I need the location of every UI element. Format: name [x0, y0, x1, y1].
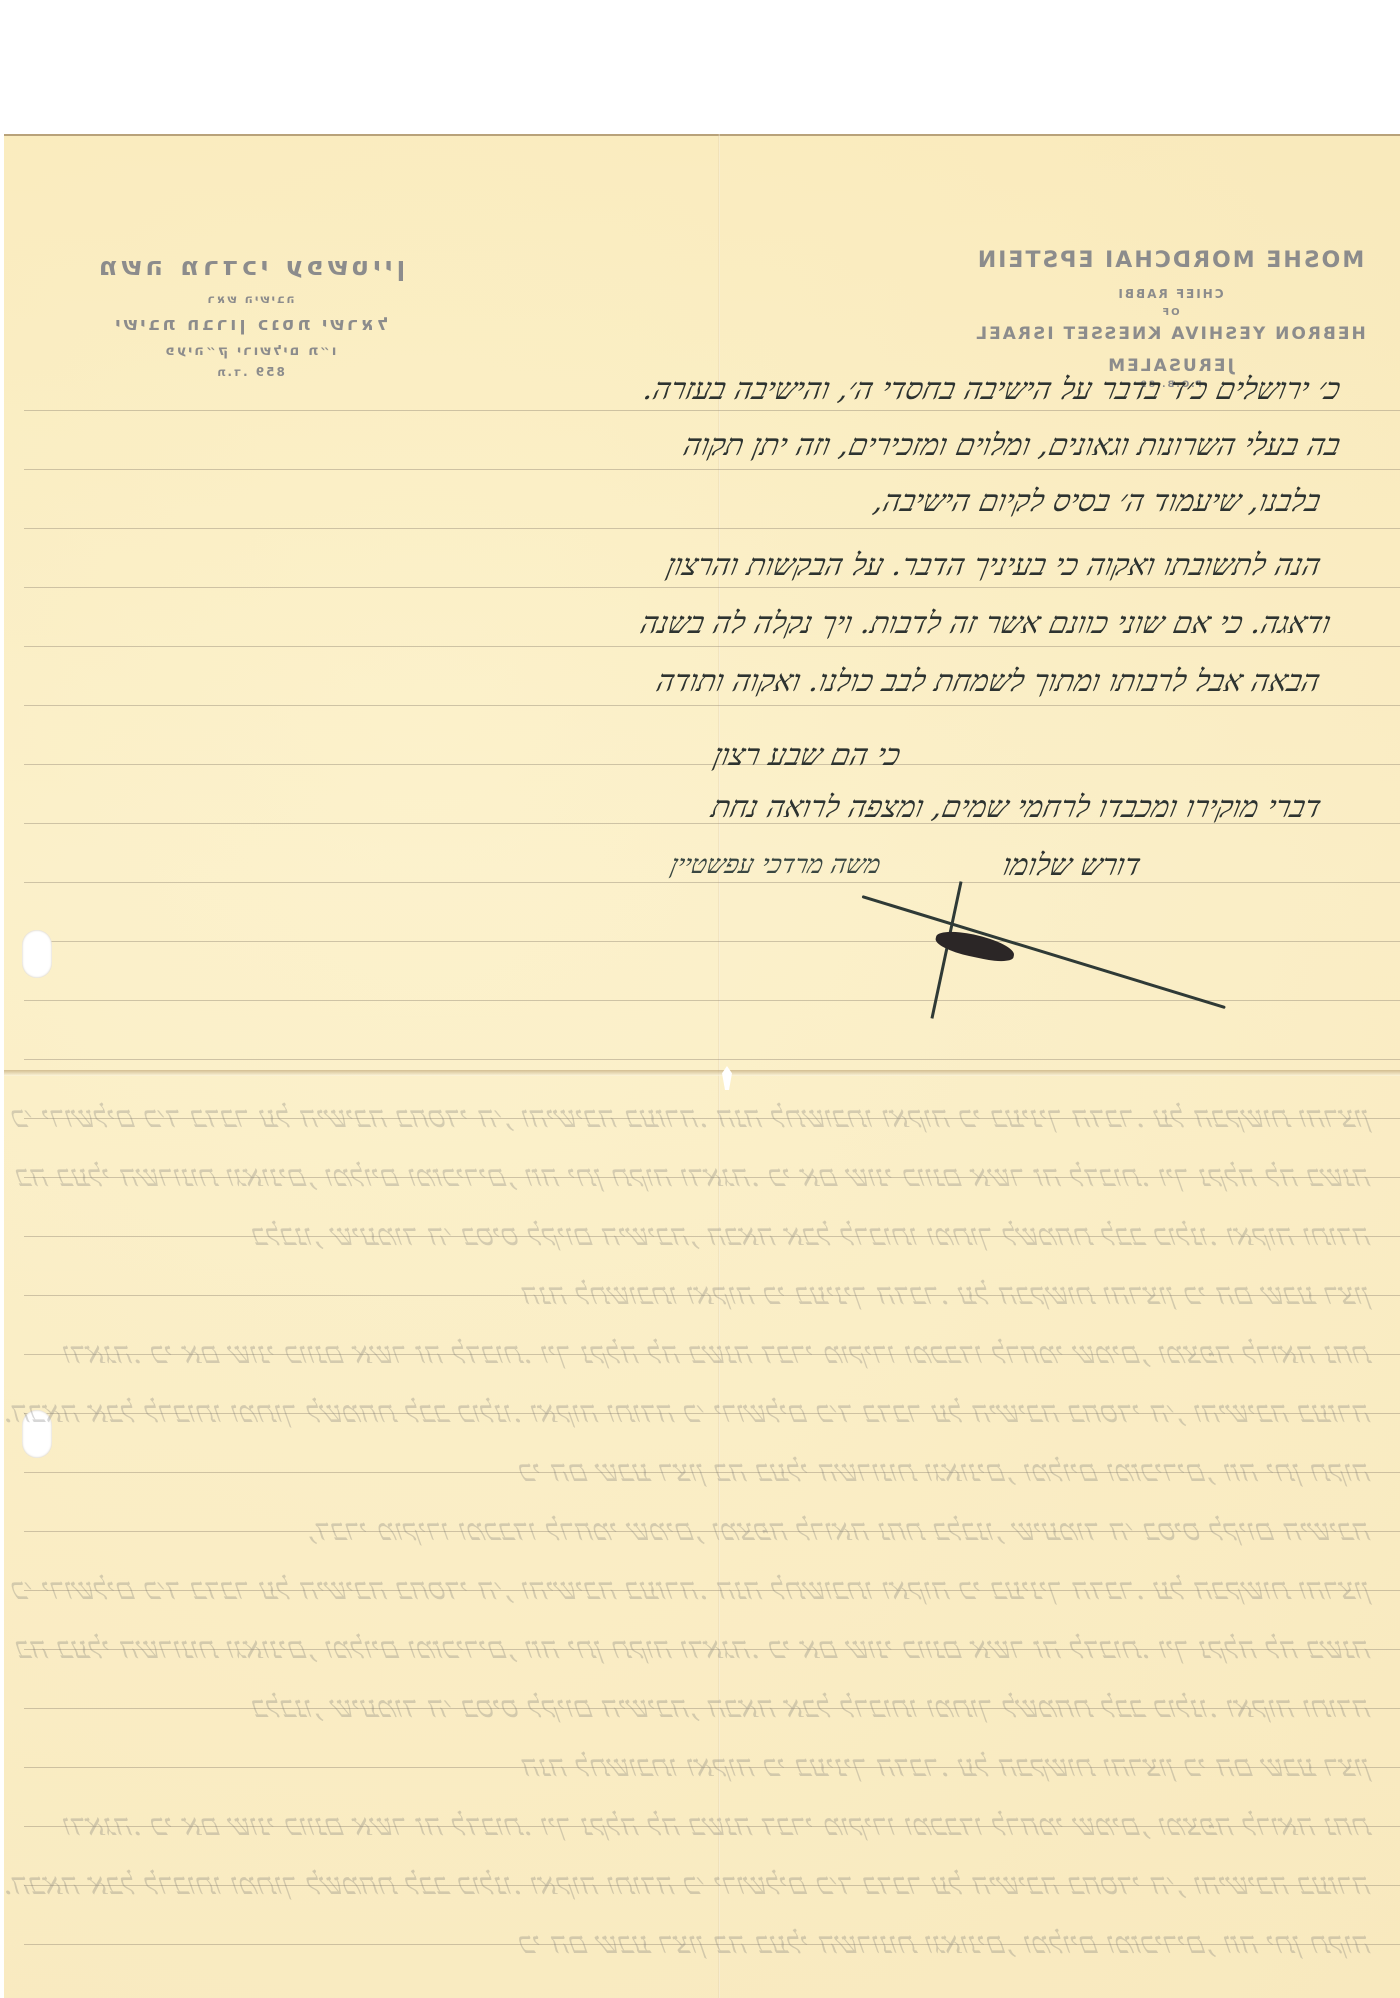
ruled-line — [24, 882, 1400, 883]
letterhead-hebrew-city: פעיה״ק ירושלים ת״ו — [60, 343, 440, 359]
bleed-through-line: דברי מוקירו ומכבדו לרחמי שמים, ומצפה לרו… — [107, 1513, 1373, 1548]
bleed-through-line: בלבנו, שיעמוד ה׳ בסיס לקיום הישיבה, הבאה… — [107, 1218, 1373, 1253]
letterhead-hebrew: משה מרדכי עפשטיין ראש הישיבה ישיבת חברון… — [60, 252, 440, 379]
horizontal-fold-crease — [4, 1070, 1400, 1076]
bleed-through-line: הנה לתשובתו ואקוה כי בעיניך הדבר. על הבק… — [107, 1749, 1373, 1784]
letterhead-hebrew-institution: ישיבת חברון כנסת ישראל — [60, 314, 440, 335]
letter-closing: דורש שלומו — [999, 848, 1144, 883]
signature: משה מרדכי עפשטיין — [667, 850, 883, 880]
bleed-through-line: בלבנו, שיעמוד ה׳ בסיס לקיום הישיבה, הבאה… — [107, 1690, 1373, 1725]
bleed-through-line: בה בעלי השרונות וגאונים, ומלוים ומזכירים… — [107, 1631, 1373, 1666]
bleed-through-line: כי הם שבע רצון בה בעלי השרונות וגאונים, … — [107, 1454, 1373, 1489]
ruled-line — [24, 410, 1400, 411]
letter-line: הבאה אבל לרבותו ומתוך לשמחת לבב כולנו. ו… — [654, 664, 1324, 699]
bleed-through-line: ודאגה. כי אם שוני כוונם אשר זה לדבות. וי… — [107, 1808, 1373, 1843]
letter-line: דברי מוקירו ומכבדו לרחמי שמים, ומצפה לרו… — [708, 790, 1324, 825]
bleed-through-line: בה בעלי השרונות וגאונים, ומלוים ומזכירים… — [107, 1159, 1373, 1194]
letterhead-title: CHIEF RABBI — [970, 287, 1370, 301]
letterhead-institution: HEBRON YESHIVA KNESSET ISRAEL — [970, 324, 1370, 344]
letter-line: כ׳ ירושלים כ׳ד בדבר על הישיבה בחסדי ה׳, … — [640, 372, 1343, 407]
letterhead-hebrew-po-box: ת.ד. 859 — [60, 365, 440, 379]
letterhead-hebrew-title: ראש הישיבה — [60, 292, 440, 306]
punch-hole — [22, 930, 52, 978]
ruled-line — [24, 705, 1400, 706]
letterhead-hebrew-name: משה מרדכי עפשטיין — [60, 252, 440, 282]
bleed-through-line: הבאה אבל לרבותו ומתוך לשמחת לבב כולנו. ו… — [107, 1395, 1373, 1430]
letter-line: כי הם שבע רצון — [710, 738, 903, 773]
letter-line: בלבנו, שיעמוד ה׳ בסיס לקיום הישיבה, — [870, 484, 1324, 519]
ruled-line — [24, 587, 1400, 588]
ruled-line — [24, 469, 1400, 470]
letterhead-of: OF — [970, 307, 1370, 318]
bleed-through-line: כ׳ ירושלים כ׳ד בדבר על הישיבה בחסדי ה׳, … — [107, 1100, 1373, 1135]
letter-line: הנה לתשובתו ואקוה כי בעיניך הדבר. על הבק… — [663, 548, 1324, 583]
ruled-line — [24, 1000, 1400, 1001]
letter-line: ודאגה. כי אם שוני כוונם אשר זה לדבות. וי… — [637, 606, 1334, 641]
bleed-through-line: כ׳ ירושלים כ׳ד בדבר על הישיבה בחסדי ה׳, … — [107, 1572, 1373, 1607]
bleed-through-line: ודאגה. כי אם שוני כוונם אשר זה לדבות. וי… — [107, 1336, 1373, 1371]
bleed-through-line: כי הם שבע רצון בה בעלי השרונות וגאונים, … — [107, 1926, 1373, 1961]
ruled-line — [24, 941, 1400, 942]
ruled-line — [24, 646, 1400, 647]
ruled-line — [24, 1059, 1400, 1060]
ruled-line — [24, 528, 1400, 529]
letter-line: בה בעלי השרונות וגאונים, ומלוים ומזכירים… — [681, 428, 1344, 463]
bleed-through-line: הנה לתשובתו ואקוה כי בעיניך הדבר. על הבק… — [107, 1277, 1373, 1312]
bleed-through-line: הבאה אבל לרבותו ומתוך לשמחת לבב כולנו. ו… — [107, 1867, 1373, 1902]
letterhead-english: MOSHE MORDCHAI EPSTEIN CHIEF RABBI OF HE… — [970, 248, 1370, 390]
letterhead-name: MOSHE MORDCHAI EPSTEIN — [970, 248, 1370, 273]
